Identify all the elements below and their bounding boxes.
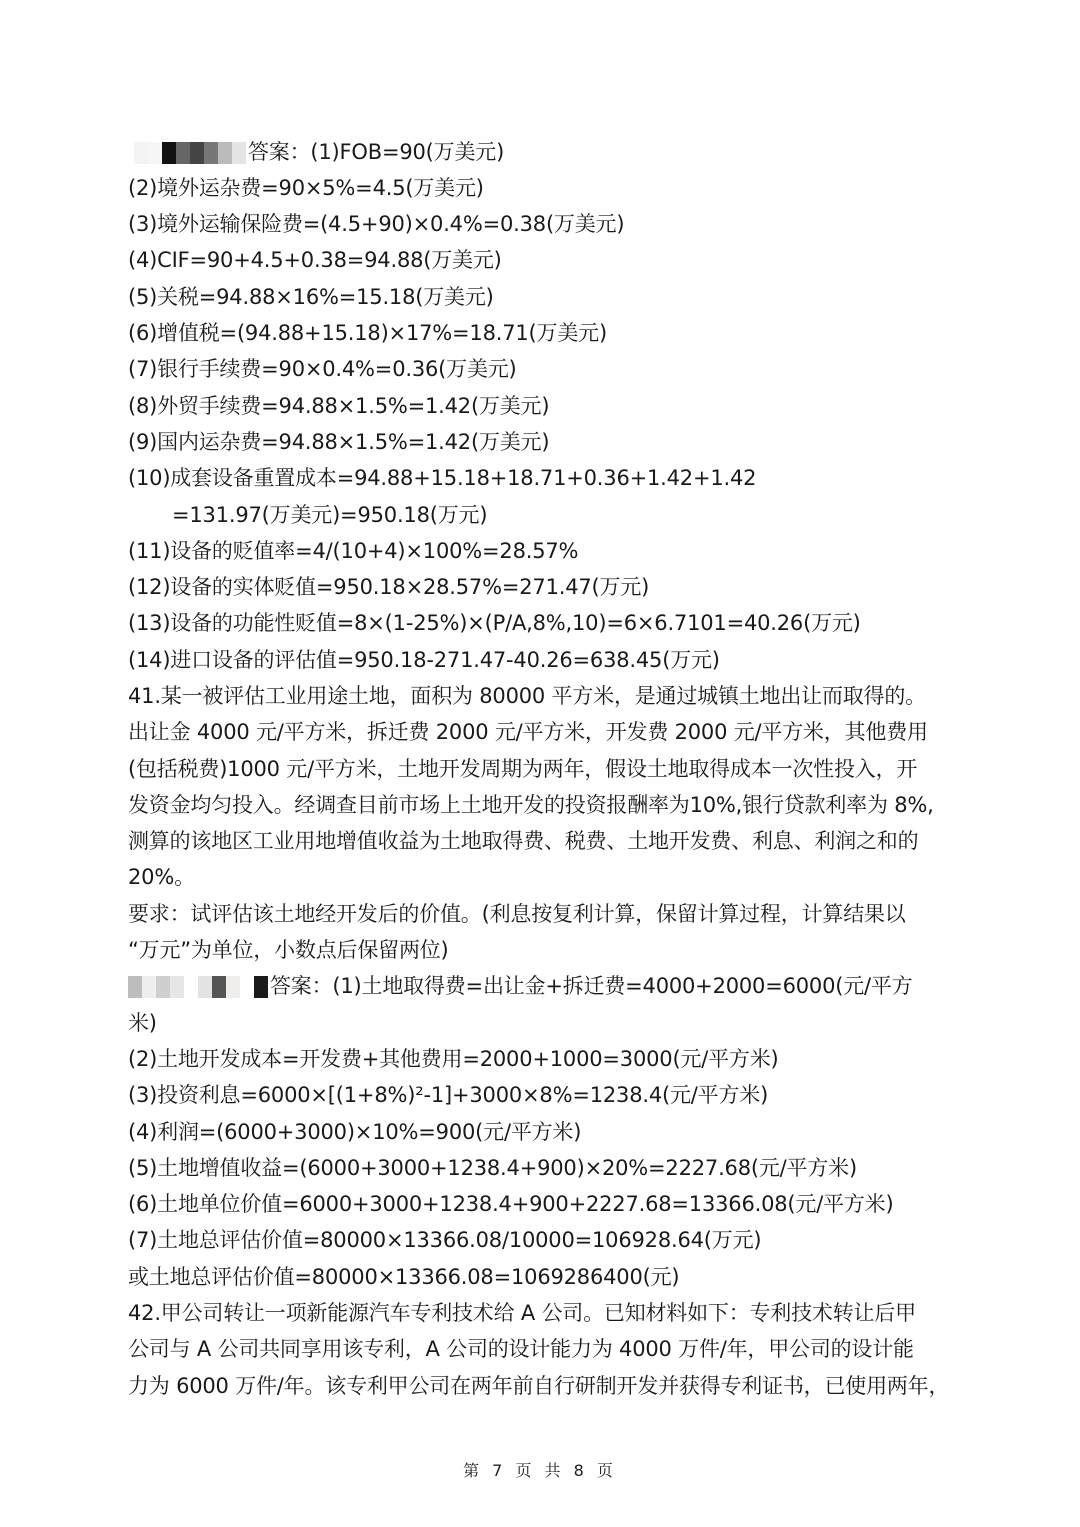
answer-40-line: (6)增值税=(94.88+15.18)×17%=18.71(万美元) — [128, 315, 607, 351]
answer-40-line: (12)设备的实体贬值=950.18×28.57%=271.47(万元) — [128, 569, 649, 605]
answer-40-line: (7)银行手续费=90×0.4%=0.36(万美元) — [128, 351, 517, 387]
question-41-line: (包括税费)1000 元/平方米，土地开发周期为两年，假设土地取得成本一次性投入… — [128, 751, 917, 787]
redacted-block — [128, 976, 268, 998]
question-42-line: 力为 6000 万件/年。该专利甲公司在两年前自行研制开发并获得专利证书，已使用… — [128, 1368, 949, 1404]
answer-40-line: (13)设备的功能性贬值=8×(1-25%)×(P/A,8%,10)=6×6.7… — [128, 605, 861, 641]
answer-41-line: (4)利润=(6000+3000)×10%=900(元/平方米) — [128, 1114, 581, 1150]
question-41-line: 20%。 — [128, 859, 195, 895]
question-41-line: 41.某一被评估工业用途土地，面积为 80000 平方米，是通过城镇土地出让而取… — [128, 678, 926, 714]
answer-41-line: 米) — [128, 1005, 157, 1041]
question-42-line: 42.甲公司转让一项新能源汽车专利技术给 A 公司。已知材料如下：专利技术转让后… — [128, 1295, 916, 1331]
answer-40-line: (10)成套设备重置成本=94.88+15.18+18.71+0.36+1.42… — [128, 460, 756, 496]
answer-40-line-continuation: =131.97(万美元)=950.18(万元) — [172, 497, 487, 533]
question-42-line: 公司与 A 公司共同享用该专利，A 公司的设计能力为 4000 万件/年，甲公司… — [128, 1331, 914, 1367]
answer-41-line: (6)土地单位价值=6000+3000+1238.4+900+2227.68=1… — [128, 1186, 893, 1222]
answer-40-prefix: 答案：(1)FOB=90(万美元) — [248, 140, 504, 164]
answer-40-line: (8)外贸手续费=94.88×1.5%=1.42(万美元) — [128, 388, 549, 424]
question-41-line: 测算的该地区工业用地增值收益为土地取得费、税费、土地开发费、利息、利润之和的 — [128, 823, 918, 859]
answer-40-line: (14)进口设备的评估值=950.18-271.47-40.26=638.45(… — [128, 642, 720, 678]
question-41-requirement: 要求：试评估该土地经开发后的价值。(利息按复利计算，保留计算过程，计算结果以 — [128, 896, 906, 932]
question-41-line: 出让金 4000 元/平方米，拆迁费 2000 元/平方米，开发费 2000 元… — [128, 714, 928, 750]
answer-41-line: (2)土地开发成本=开发费+其他费用=2000+1000=3000(元/平方米) — [128, 1041, 779, 1077]
question-41-line: 发资金均匀投入。经调查目前市场上土地开发的投资报酬率为10%,银行贷款利率为 8… — [128, 787, 934, 823]
answer-40-line: (11)设备的贬值率=4/(10+4)×100%=28.57% — [128, 533, 578, 569]
answer-40-line: (9)国内运杂费=94.88×1.5%=1.42(万美元) — [128, 424, 549, 460]
answer-41-line: (3)投资利息=6000×[(1+8%)²-1]+3000×8%=1238.4(… — [128, 1077, 768, 1113]
answer-40-line-1: 答案：(1)FOB=90(万美元) — [134, 134, 504, 170]
answer-41-line: (7)土地总评估价值=80000×13366.08/10000=106928.6… — [128, 1222, 761, 1258]
document-page: 答案：(1)FOB=90(万美元) (2)境外运杂费=90×5%=4.5(万美元… — [0, 0, 1080, 1527]
page-number: 第 7 页 共 8 页 — [0, 1458, 1080, 1481]
answer-40-line: (5)关税=94.88×16%=15.18(万美元) — [128, 279, 494, 315]
redacted-block — [134, 142, 246, 164]
answer-41-prefix: 答案：(1)土地取得费=出让金+拆迁费=4000+2000=6000(元/平方 — [270, 974, 913, 998]
answer-40-line: (4)CIF=90+4.5+0.38=94.88(万美元) — [128, 242, 502, 278]
answer-41-line: 或土地总评估价值=80000×13366.08=1069286400(元) — [128, 1259, 679, 1295]
answer-41-line: (5)土地增值收益=(6000+3000+1238.4+900)×20%=222… — [128, 1150, 857, 1186]
question-41-requirement: “万元”为单位，小数点后保留两位) — [128, 932, 449, 968]
answer-40-line: (3)境外运输保险费=(4.5+90)×0.4%=0.38(万美元) — [128, 206, 624, 242]
answer-40-line: (2)境外运杂费=90×5%=4.5(万美元) — [128, 170, 484, 206]
answer-41-line-1: 答案：(1)土地取得费=出让金+拆迁费=4000+2000=6000(元/平方 — [128, 968, 913, 1004]
